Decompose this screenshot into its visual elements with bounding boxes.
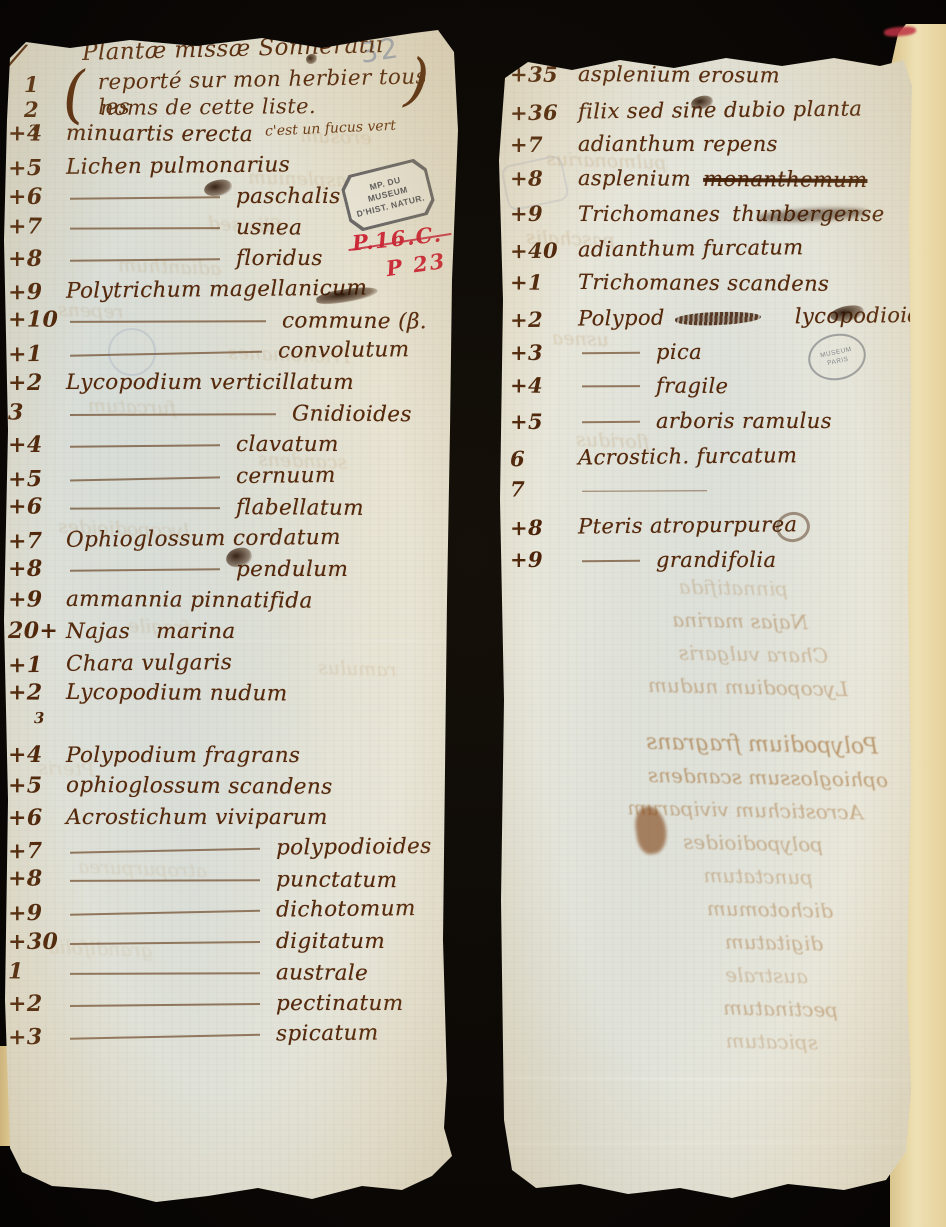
entry-name: punctatum (276, 867, 398, 893)
entry-number: +1 (2, 651, 62, 678)
entry-number: +4 (2, 742, 62, 768)
entry-name: cernuum (236, 462, 336, 488)
ditto-dash (70, 351, 262, 357)
entry-name: clavatum (236, 432, 339, 457)
entry-number: +3 (2, 1024, 62, 1051)
entry-number: +7 (2, 837, 62, 864)
entry-name: grandifolia (656, 548, 776, 572)
plant-entry-row: +6Acrostichum viviparum (2, 802, 464, 833)
entry-name: asplenium erosum (578, 62, 780, 87)
ditto-dash (70, 941, 260, 945)
plant-entry-row: +2Polypodlycopodioides (504, 298, 936, 337)
plant-entry-row: +2Lycopodium nudum (2, 676, 464, 710)
entry-number: +36 (504, 99, 574, 125)
entry-number: +4 (504, 373, 574, 398)
entry-number: +3 (504, 340, 574, 365)
plant-entry-row: +4clavatum (2, 429, 464, 460)
paper-crease (486, 1076, 918, 1081)
entry-number: +9 (2, 279, 62, 306)
ditto-dash (70, 1034, 260, 1040)
bleedthrough-text-block: pinnatifidaNajas marinaChara vulgarisLyc… (486, 575, 918, 1061)
plant-entry-row: +2Lycopodium verticillatum (2, 367, 464, 398)
entry-name: Chara vulgaris (66, 650, 233, 677)
ditto-dash (70, 475, 220, 480)
plant-entry-row: +10commune (β. (2, 304, 464, 338)
entry-name: pica (656, 340, 702, 364)
entry-name: floridus (236, 246, 323, 271)
bleedthrough-header: Plantæ missæ Sonneratii (566, 24, 821, 52)
entry-name: fragile (656, 374, 729, 399)
plant-list-right: +35asplenium erosum+36filix sed sine dub… (504, 58, 936, 577)
plant-entry-row: +7usnea (2, 211, 464, 245)
entry-number: +1 (504, 269, 574, 294)
entry-number: +8 (2, 246, 62, 272)
ditto-dash (582, 386, 640, 388)
ditto-dash (70, 847, 260, 853)
entry-name: dichotomum (276, 896, 416, 922)
ditto-dash (70, 1003, 260, 1007)
entry-name: Polypod (578, 306, 665, 331)
entry-name: Polypodium fragrans (66, 743, 300, 768)
entry-name: Gnidioides (292, 402, 412, 428)
plant-entry-row: +35asplenium erosum (504, 56, 936, 94)
entry-number: 1 (2, 958, 62, 984)
plant-entry-row: +4fragile (504, 368, 936, 406)
plant-entry-row: +5Lichen pulmonarius (2, 148, 464, 184)
paper-crease (486, 1141, 918, 1145)
plant-entry-row: +3pica (504, 335, 936, 370)
entry-number: +7 (2, 527, 62, 554)
ditto-dash (70, 972, 260, 975)
entry-number: +7 (2, 213, 62, 239)
entry-name: paschalis (236, 184, 341, 209)
entry-name: polypodioides (276, 834, 432, 861)
red-strikethrough (2, 29, 56, 39)
folio-ref-crossed: P.12 (3, 16, 53, 42)
entry-name: Acrostich. furcatum (578, 443, 798, 469)
plant-entry-row: 7 (504, 472, 936, 510)
entry-name: Ophioglossum cordatum (66, 524, 341, 552)
entry-name: convolutum (278, 337, 410, 363)
list-subtitle-line2: noms de cette liste. (100, 94, 316, 120)
plant-entry-row: +6flabellatum (2, 490, 464, 524)
entry-number: +6 (2, 805, 62, 831)
entry-number: +40 (504, 237, 574, 263)
entry-number: +35 (504, 61, 574, 86)
ditto-dash (70, 227, 220, 230)
entry-name: filix sed sine dubio planta (578, 96, 863, 123)
plant-entry-row: +1convolutum (2, 334, 464, 370)
entry-name: spicatum (276, 1021, 379, 1047)
entry-name: Lycopodium nudum (66, 680, 288, 707)
plant-entry-row: +8Pteris atropurpurea (504, 505, 936, 544)
entry-name: pendulum (236, 557, 348, 582)
plant-entry-row: 20+Najasmarina (2, 616, 464, 647)
entry-number: 3 (2, 399, 62, 425)
plant-entry-row: +5arboris ramulus (504, 404, 936, 439)
entry-name: commune (β. (282, 309, 427, 335)
scribbled-out-word (675, 310, 762, 327)
entry-name: australe (276, 961, 368, 987)
entry-number: +5 (2, 154, 62, 181)
plant-entry-row: +5cernuum (2, 458, 464, 494)
plant-entry-row: +8punctatum (2, 863, 464, 897)
entry-number: +6 (2, 492, 62, 518)
entry-number: +8 (2, 556, 62, 582)
entry-number: 7 (504, 476, 574, 501)
entry-number: +5 (2, 772, 62, 798)
entry-number: +2 (2, 370, 62, 396)
entry-name: Trichomanes scandens (578, 270, 829, 296)
entry-name: minuartis erecta (66, 121, 253, 147)
plant-entry-row: +4Polypodium fragrans (2, 740, 464, 771)
plant-entry-row: +8aspleniummonanthemum (504, 160, 936, 198)
entry-number: 3 (28, 708, 62, 726)
entry-name: adianthum repens (578, 132, 778, 156)
ink-blot (305, 53, 317, 64)
entry-name: Pteris atropurpurea (578, 512, 798, 538)
plant-entry-row: +9ammannia pinnatifida (2, 583, 464, 617)
entry-name: Acrostichum viviparum (66, 805, 328, 830)
plant-entry-row: 3 (2, 706, 464, 742)
ditto-dash (582, 559, 640, 562)
plant-entry-row: +8floridus (2, 243, 464, 274)
entry-name: Lichen pulmonarius (66, 152, 290, 179)
plant-entry-row: +4minuartis erectac'est un fucus vert (2, 117, 464, 151)
plant-entry-row: 1australe (2, 956, 464, 990)
plant-entry-row: +9dichotomum (2, 893, 464, 929)
entry-name: ammannia pinnatifida (66, 587, 313, 614)
ditto-dash (582, 490, 707, 491)
entry-number: +9 (2, 899, 62, 926)
entry-number: +7 (504, 132, 574, 157)
plant-entry-row: +2pectinatum (2, 988, 464, 1019)
plant-entry-row: +5ophioglossum scandens (2, 769, 464, 803)
entry-number: +5 (2, 465, 62, 492)
plant-list-left: +4minuartis erectac'est un fucus vert+5L… (2, 119, 464, 1050)
entry-number: +8 (2, 865, 62, 891)
entry-name: usnea (236, 215, 302, 240)
plant-entry-row: +9Trichomanesthunbergense (504, 196, 936, 231)
entry-number: +9 (2, 586, 62, 612)
plant-entry-row: 6Acrostich. furcatum (504, 436, 936, 475)
plant-entry-row: 3Gnidioides (2, 397, 464, 431)
ditto-dash (70, 879, 260, 882)
ditto-dash (70, 258, 220, 262)
entry-number: +4 (2, 120, 62, 146)
ditto-dash (70, 444, 220, 448)
ditto-dash (582, 421, 640, 424)
entry-number: +8 (504, 514, 574, 540)
entry-name: digitatum (276, 929, 385, 954)
entry-number: +10 (2, 306, 62, 332)
plant-entry-row: +36filix sed sine dubio planta (504, 90, 936, 129)
entry-name: arboris ramulus (656, 409, 832, 433)
plant-entry-row: +1Chara vulgaris (2, 644, 464, 680)
entry-name: monanthemum (703, 167, 867, 192)
entry-name: adianthum furcatum (578, 235, 804, 261)
entry-name: ophioglossum scandens (66, 773, 333, 800)
ditto-dash (70, 909, 260, 915)
ditto-dash (70, 413, 276, 416)
entry-note: c'est un fucus vert (265, 117, 397, 139)
entry-number: +4 (2, 432, 62, 458)
ditto-dash (582, 352, 640, 355)
entry-name: asplenium (578, 166, 691, 191)
plant-entry-row: +40adianthum furcatum (504, 229, 936, 268)
plant-entry-row: +30digitatum (2, 926, 464, 957)
ink-slash-mark: / (8, 35, 28, 74)
entry-number: 6 (504, 445, 574, 471)
entry-name: pectinatum (276, 991, 404, 1016)
ditto-dash (70, 506, 220, 509)
plant-entry-row: +6paschalis (2, 181, 464, 212)
list-title: Plantæ missæ Sonneratii (82, 32, 385, 66)
entry-name: flabellatum (236, 495, 364, 521)
torn-page-left: erosumaspleniumfilix sedadianthumrepensT… (0, 0, 462, 1227)
manuscript-scan: erosumaspleniumfilix sedadianthumrepensT… (0, 0, 946, 1227)
plant-entry-row: +1Trichomanes scandens (504, 264, 936, 302)
plant-entry-row: +9Polytrichum magellanicum (2, 272, 464, 308)
entry-number: +2 (2, 991, 62, 1017)
plant-entry-row: +7polypodioides (2, 831, 464, 867)
entry-name: Lycopodium verticillatum (66, 370, 354, 395)
entry-number: +1 (2, 341, 62, 368)
ditto-dash (70, 320, 266, 323)
margin-number: 1 (24, 72, 39, 97)
entry-number: +30 (2, 929, 62, 955)
entry-number: +9 (504, 547, 574, 572)
entry-name: Trichomanes (578, 202, 720, 226)
entry-number: +2 (504, 306, 574, 332)
torn-page-right: Plantæ missæ Sonneratii pulmonariuspasch… (486, 0, 918, 1227)
entry-number: +5 (504, 409, 574, 434)
plant-entry-row: +3spicatum (2, 1017, 464, 1053)
entry-number: +6 (2, 184, 62, 210)
plant-entry-row: +7adianthum repens (504, 127, 936, 162)
ditto-dash (70, 196, 220, 200)
entry-number: +2 (2, 679, 62, 705)
ditto-dash (70, 568, 220, 572)
entry-name: thunbergense (732, 202, 884, 226)
paper-crease (0, 640, 462, 642)
